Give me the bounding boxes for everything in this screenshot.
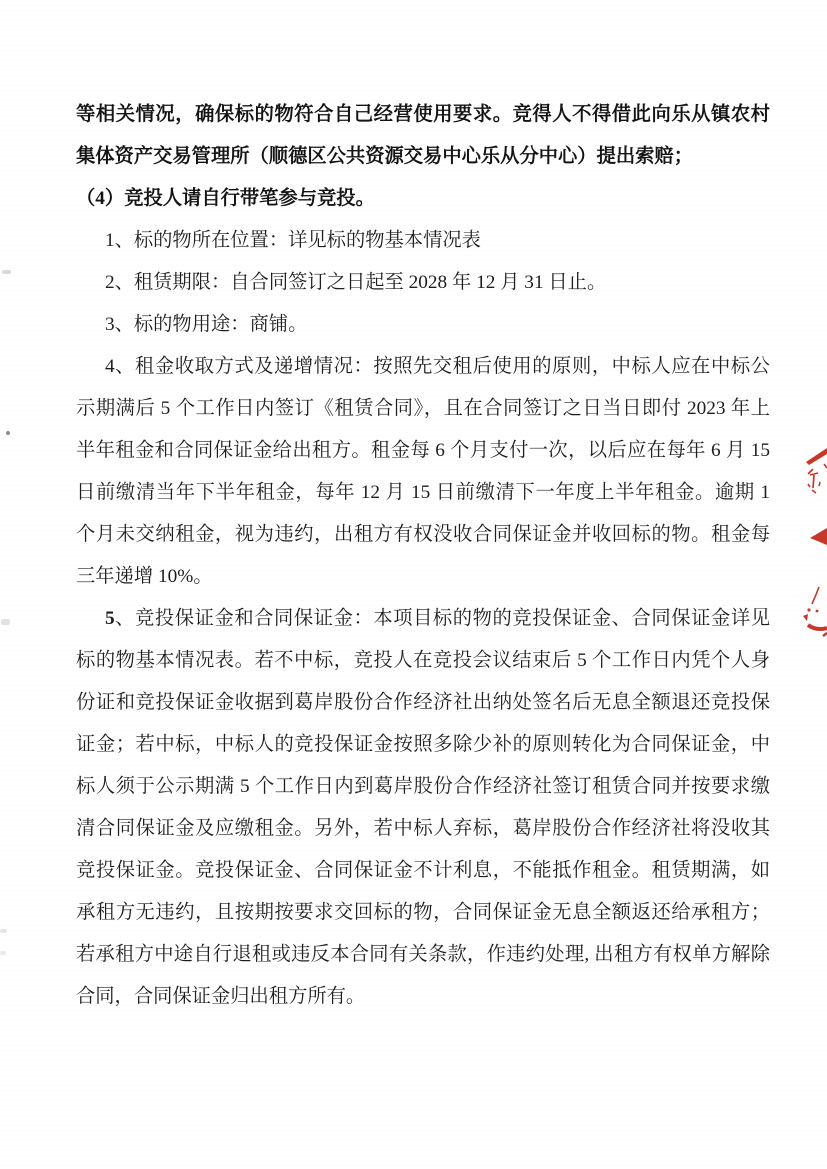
scan-speck bbox=[1, 619, 10, 625]
scan-speck bbox=[6, 431, 10, 435]
item-target-use: 3、标的物用途：商铺。 bbox=[76, 304, 770, 346]
item-deposits-body: 、竞投保证金和合同保证金：本项目标的物的竞投保证金、合同保证金详见标的物基本情况… bbox=[76, 608, 770, 1007]
item-target-location: 1、标的物所在位置：详见标的物基本情况表 bbox=[76, 220, 770, 262]
scan-speck bbox=[2, 270, 11, 274]
red-wedge-blot-icon bbox=[810, 528, 827, 545]
red-ink-annotations bbox=[790, 440, 827, 640]
paragraph-bring-pen-note: （4）竞投人请自行带笔参与竞投。 bbox=[76, 178, 770, 220]
scan-speck bbox=[0, 951, 6, 955]
item-deposits: 5、竞投保证金和合同保证金：本项目标的物的竞投保证金、合同保证金详见标的物基本情… bbox=[76, 598, 770, 1018]
scan-speck bbox=[0, 929, 7, 933]
red-stroke-fragment-top-icon bbox=[806, 448, 827, 493]
red-stroke-fragment-bottom-icon bbox=[803, 587, 827, 636]
item-lease-term: 2、租赁期限：自合同签订之日起至 2028 年 12 月 31 日止。 bbox=[76, 262, 770, 304]
document-page: 等相关情况，确保标的物符合自己经营使用要求。竞得人不得借此向乐从镇农村集体资产交… bbox=[76, 94, 770, 1018]
item-deposits-number: 5 bbox=[105, 608, 115, 629]
paragraph-continuation: 等相关情况，确保标的物符合自己经营使用要求。竞得人不得借此向乐从镇农村集体资产交… bbox=[76, 94, 770, 178]
item-rent-payment: 4、租金收取方式及递增情况：按照先交租后使用的原则，中标人应在中标公示期满后 5… bbox=[76, 346, 770, 598]
